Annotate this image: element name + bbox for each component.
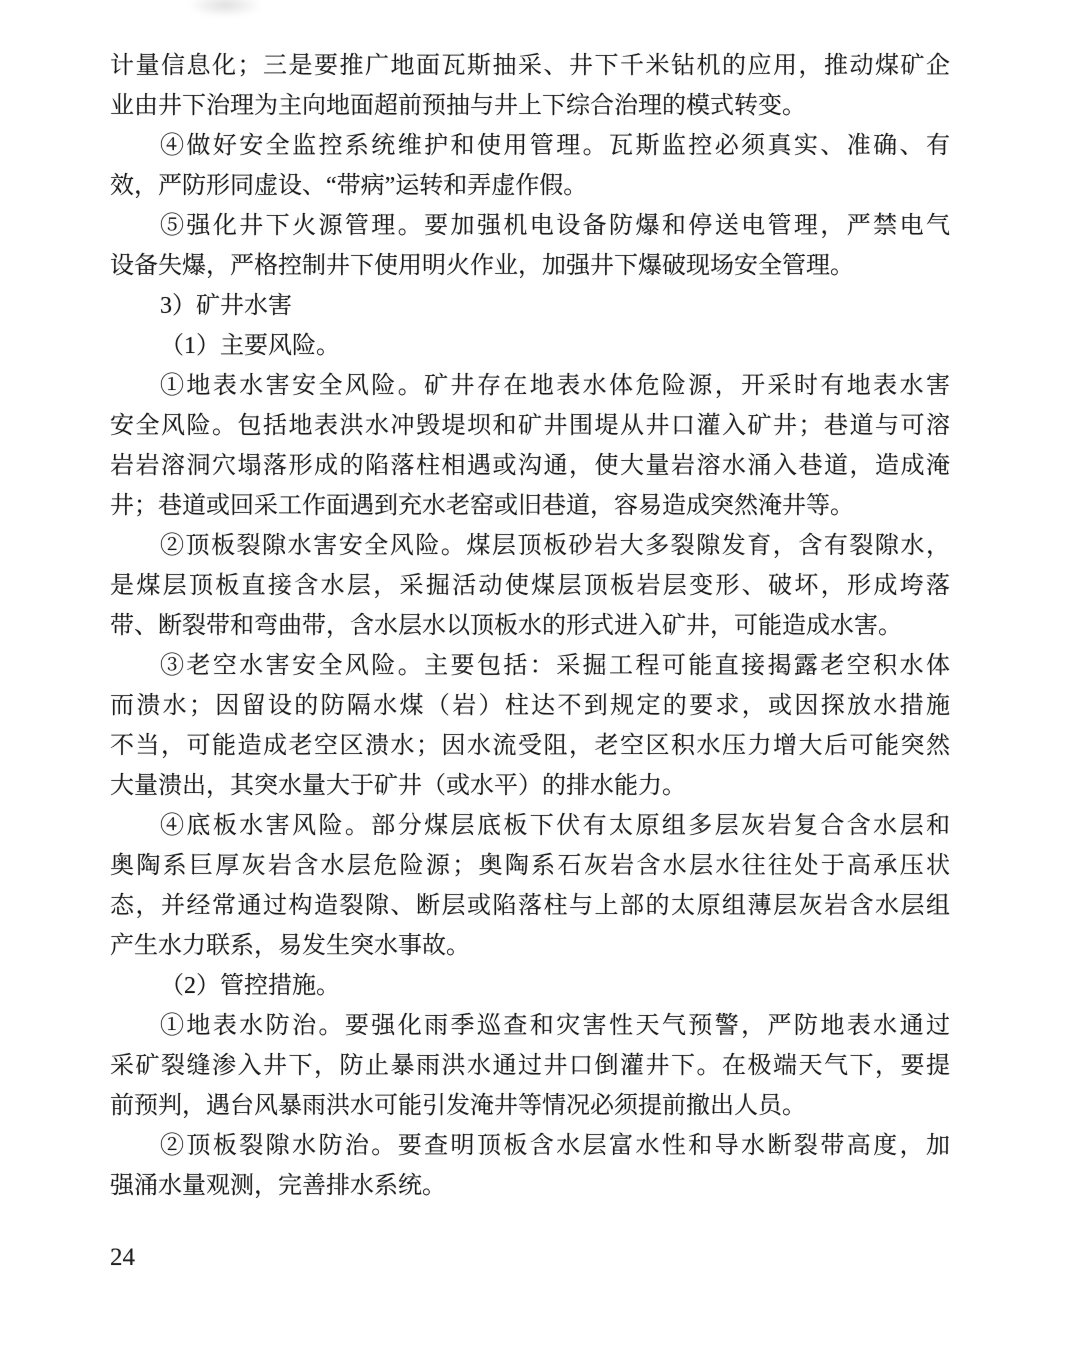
text-line: 是煤层顶板直接含水层，采掘活动使煤层顶板岩层变形、破坏，形成垮落 bbox=[110, 566, 950, 606]
text-line: 不当，可能造成老空区溃水；因水流受阻，老空区积水压力增大后可能突然 bbox=[110, 726, 950, 766]
text-line: 计量信息化；三是要推广地面瓦斯抽采、井下千米钻机的应用，推动煤矿企 bbox=[110, 46, 950, 86]
text-line: ②顶板裂隙水防治。要查明顶板含水层富水性和导水断裂带高度，加 bbox=[110, 1126, 950, 1166]
text-line: 态，并经常通过构造裂隙、断层或陷落柱与上部的太原组薄层灰岩含水层组 bbox=[110, 886, 950, 926]
text-line: 而溃水；因留设的防隔水煤（岩）柱达不到规定的要求，或因探放水措施 bbox=[110, 686, 950, 726]
text-line: ③老空水害安全风险。主要包括：采掘工程可能直接揭露老空积水体 bbox=[110, 646, 950, 686]
text-line: 采矿裂缝渗入井下，防止暴雨洪水通过井口倒灌井下。在极端天气下，要提 bbox=[110, 1046, 950, 1086]
text-line: 前预判，遇台风暴雨洪水可能引发淹井等情况必须提前撤出人员。 bbox=[110, 1086, 950, 1126]
text-line: 设备失爆，严格控制井下使用明火作业，加强井下爆破现场安全管理。 bbox=[110, 246, 950, 286]
scan-artifact bbox=[190, 0, 260, 16]
text-line: 带、断裂带和弯曲带，含水层水以顶板水的形式进入矿井，可能造成水害。 bbox=[110, 606, 950, 646]
text-line: ⑤强化井下火源管理。要加强机电设备防爆和停送电管理，严禁电气 bbox=[110, 206, 950, 246]
text-line: 业由井下治理为主向地面超前预抽与井上下综合治理的模式转变。 bbox=[110, 86, 950, 126]
text-line: 强涌水量观测，完善排水系统。 bbox=[110, 1166, 950, 1206]
body-text: 计量信息化；三是要推广地面瓦斯抽采、井下千米钻机的应用，推动煤矿企 业由井下治理… bbox=[110, 46, 950, 1206]
text-line: 岩岩溶洞穴塌落形成的陷落柱相遇或沟通，使大量岩溶水涌入巷道，造成淹 bbox=[110, 446, 950, 486]
subsection-heading: （1）主要风险。 bbox=[110, 326, 950, 366]
text-line: 井；巷道或回采工作面遇到充水老窑或旧巷道，容易造成突然淹井等。 bbox=[110, 486, 950, 526]
text-line: 产生水力联系，易发生突水事故。 bbox=[110, 926, 950, 966]
subsection-heading: （2）管控措施。 bbox=[110, 966, 950, 1006]
text-line: ④底板水害风险。部分煤层底板下伏有太原组多层灰岩复合含水层和 bbox=[110, 806, 950, 846]
text-line: 效，严防形同虚设、“带病”运转和弄虚作假。 bbox=[110, 166, 950, 206]
text-line: ①地表水害安全风险。矿井存在地表水体危险源，开采时有地表水害 bbox=[110, 366, 950, 406]
document-page: 计量信息化；三是要推广地面瓦斯抽采、井下千米钻机的应用，推动煤矿企 业由井下治理… bbox=[0, 0, 1080, 1369]
section-heading: 3）矿井水害 bbox=[110, 286, 950, 326]
text-line: 安全风险。包括地表洪水冲毁堤坝和矿井围堤从井口灌入矿井；巷道与可溶 bbox=[110, 406, 950, 446]
text-line: ④做好安全监控系统维护和使用管理。瓦斯监控必须真实、准确、有 bbox=[110, 126, 950, 166]
text-line: ②顶板裂隙水害安全风险。煤层顶板砂岩大多裂隙发育，含有裂隙水， bbox=[110, 526, 950, 566]
text-line: 奥陶系巨厚灰岩含水层危险源；奥陶系石灰岩含水层水往往处于高承压状 bbox=[110, 846, 950, 886]
text-line: ①地表水防治。要强化雨季巡查和灾害性天气预警，严防地表水通过 bbox=[110, 1006, 950, 1046]
text-line: 大量溃出，其突水量大于矿井（或水平）的排水能力。 bbox=[110, 766, 950, 806]
page-number: 24 bbox=[110, 1242, 135, 1274]
